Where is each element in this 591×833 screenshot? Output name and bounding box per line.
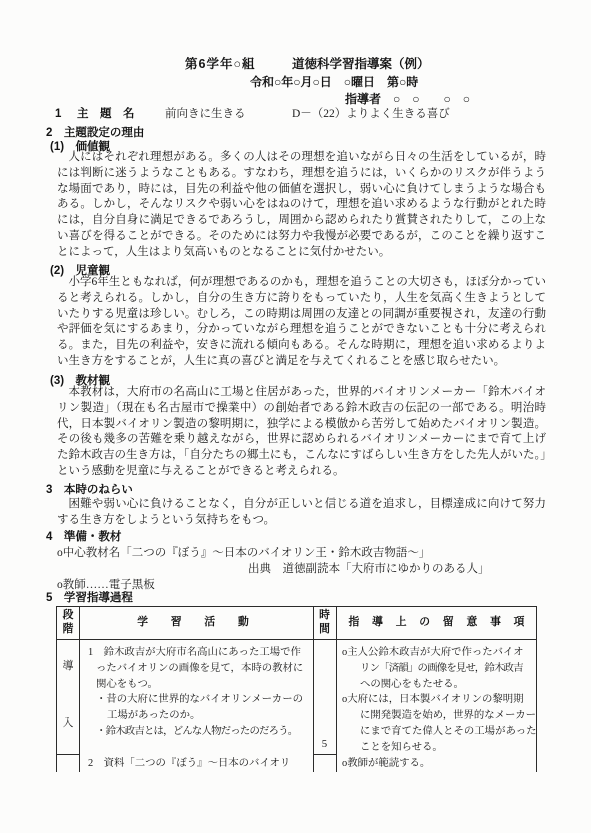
lesson-plan-document: 第6学年○組 道徳科学習指導案（例） 令和○年○月○日 ○曜日 第○時 指導者 …: [0, 0, 591, 833]
stage-char: 入: [63, 716, 74, 732]
activity-line: 工場があったのか。: [79, 708, 313, 724]
time-column-header: 時 間: [313, 609, 336, 636]
note-line: にまで育てた偉人とその工場があった: [336, 724, 537, 740]
activity-line: 関心をもつ。: [79, 677, 313, 693]
activity-cell-row2: 2 資料「二つの『ぼう』～日本のバイオリ: [79, 756, 322, 772]
activity-column-header: 学 習 活 動: [79, 615, 313, 631]
time-header-char: 時: [319, 609, 330, 623]
stage-column-header: 段 階: [57, 609, 79, 636]
header-divider: [57, 639, 537, 640]
material-source: 出典 道徳副読本「大府市にゆかりのある人」: [248, 562, 490, 578]
material-view-paragraph: 本教材は，大府市の名高山に工場と住居があった，世界的バイオリンメーカー「鈴木バイ…: [57, 385, 546, 480]
note-line: リン「済韻」の画像を見せ，鈴木政吉: [336, 661, 537, 677]
note-line: への関心をもたせる。: [336, 677, 537, 693]
stage-row-divider: [57, 754, 79, 755]
theme-name: 前向きに生きる: [165, 107, 246, 121]
time-cell-row1: 5: [313, 737, 336, 753]
note-line: ことを知らせる。: [336, 740, 537, 756]
doc-title-grade: 第6学年○組: [185, 57, 256, 71]
note-line: に開発製造を始め，世界的なメーカー: [336, 708, 537, 724]
activity-cell-row1: 1 鈴木政吉が大府市名高山にあった工場で作 ったバイオリンの画像を見て，本時の教…: [79, 645, 313, 740]
notes-cell-row2: o教師が範読する。: [336, 756, 537, 772]
values-view-paragraph: 人にはそれぞれ理想がある。多くの人はその理想を追いながら日々の生活をしているが，…: [57, 150, 546, 261]
section1-heading: 主 題 名: [77, 107, 135, 121]
time-header-char: 間: [319, 623, 330, 637]
main-material-item: o中心教材名「二つの『ぼう』～日本のバイオリン王・鈴木政吉物語～」: [57, 546, 430, 562]
section3-heading: 3 本時のねらい: [46, 483, 133, 497]
stage-header-char: 段: [63, 609, 74, 623]
stage-header-char: 階: [63, 623, 74, 637]
activity-line: ・昔の大府に世界的なバイオリンメーカーの: [79, 692, 313, 708]
section5-heading: 5 学習指導過程: [46, 591, 133, 605]
section1-number: 1: [55, 107, 61, 121]
doc-instructor-line: 指導者 ○ ○ ○ ○: [345, 92, 470, 106]
notes-column-header: 指 導 上 の 留 意 事 項: [336, 615, 537, 631]
stage-cell-introduction: 導 入: [57, 639, 79, 754]
children-view-paragraph: 小学6年生ともなれば，何が理想であるのかも，理想を追うことの大切さも，ほぼ分かっ…: [57, 275, 546, 370]
lesson-aim-paragraph: 困難や弱い心に負けることなく，自分が正しいと信じる道を追求し，目標達成に向けて努…: [57, 497, 546, 529]
activity-line: 1 鈴木政吉が大府市名高山にあった工場で作: [79, 645, 313, 661]
note-line: o大府には，日本製バイオリンの黎明期: [336, 692, 537, 708]
content-item-code: D－（22）よりよく生きる喜び: [292, 107, 450, 121]
instruction-process-table: 段 階 学 習 活 動 時 間 指 導 上 の 留 意 事 項 導 入 1 鈴木…: [56, 606, 537, 772]
doc-date-line: 令和○年○月○日 ○曜日 第○時: [250, 75, 418, 89]
section4-heading: 4 準備・教材: [46, 530, 121, 544]
notes-cell-row1: o主人公鈴木政吉が大府で作ったバイオ リン「済韻」の画像を見せ，鈴木政吉 への関…: [336, 645, 537, 756]
section2-heading: 2 主題設定の理由: [46, 126, 144, 140]
activity-line: ったバイオリンの画像を見て，本時の教材に: [79, 661, 313, 677]
stage-char: 導: [63, 659, 74, 675]
note-line: o主人公鈴木政吉が大府で作ったバイオ: [336, 645, 537, 661]
activity-line: ・鈴木政吉とは，どんな人物だったのだろう。: [79, 724, 313, 740]
doc-title-main: 道徳科学習指導案（例）: [292, 57, 430, 71]
